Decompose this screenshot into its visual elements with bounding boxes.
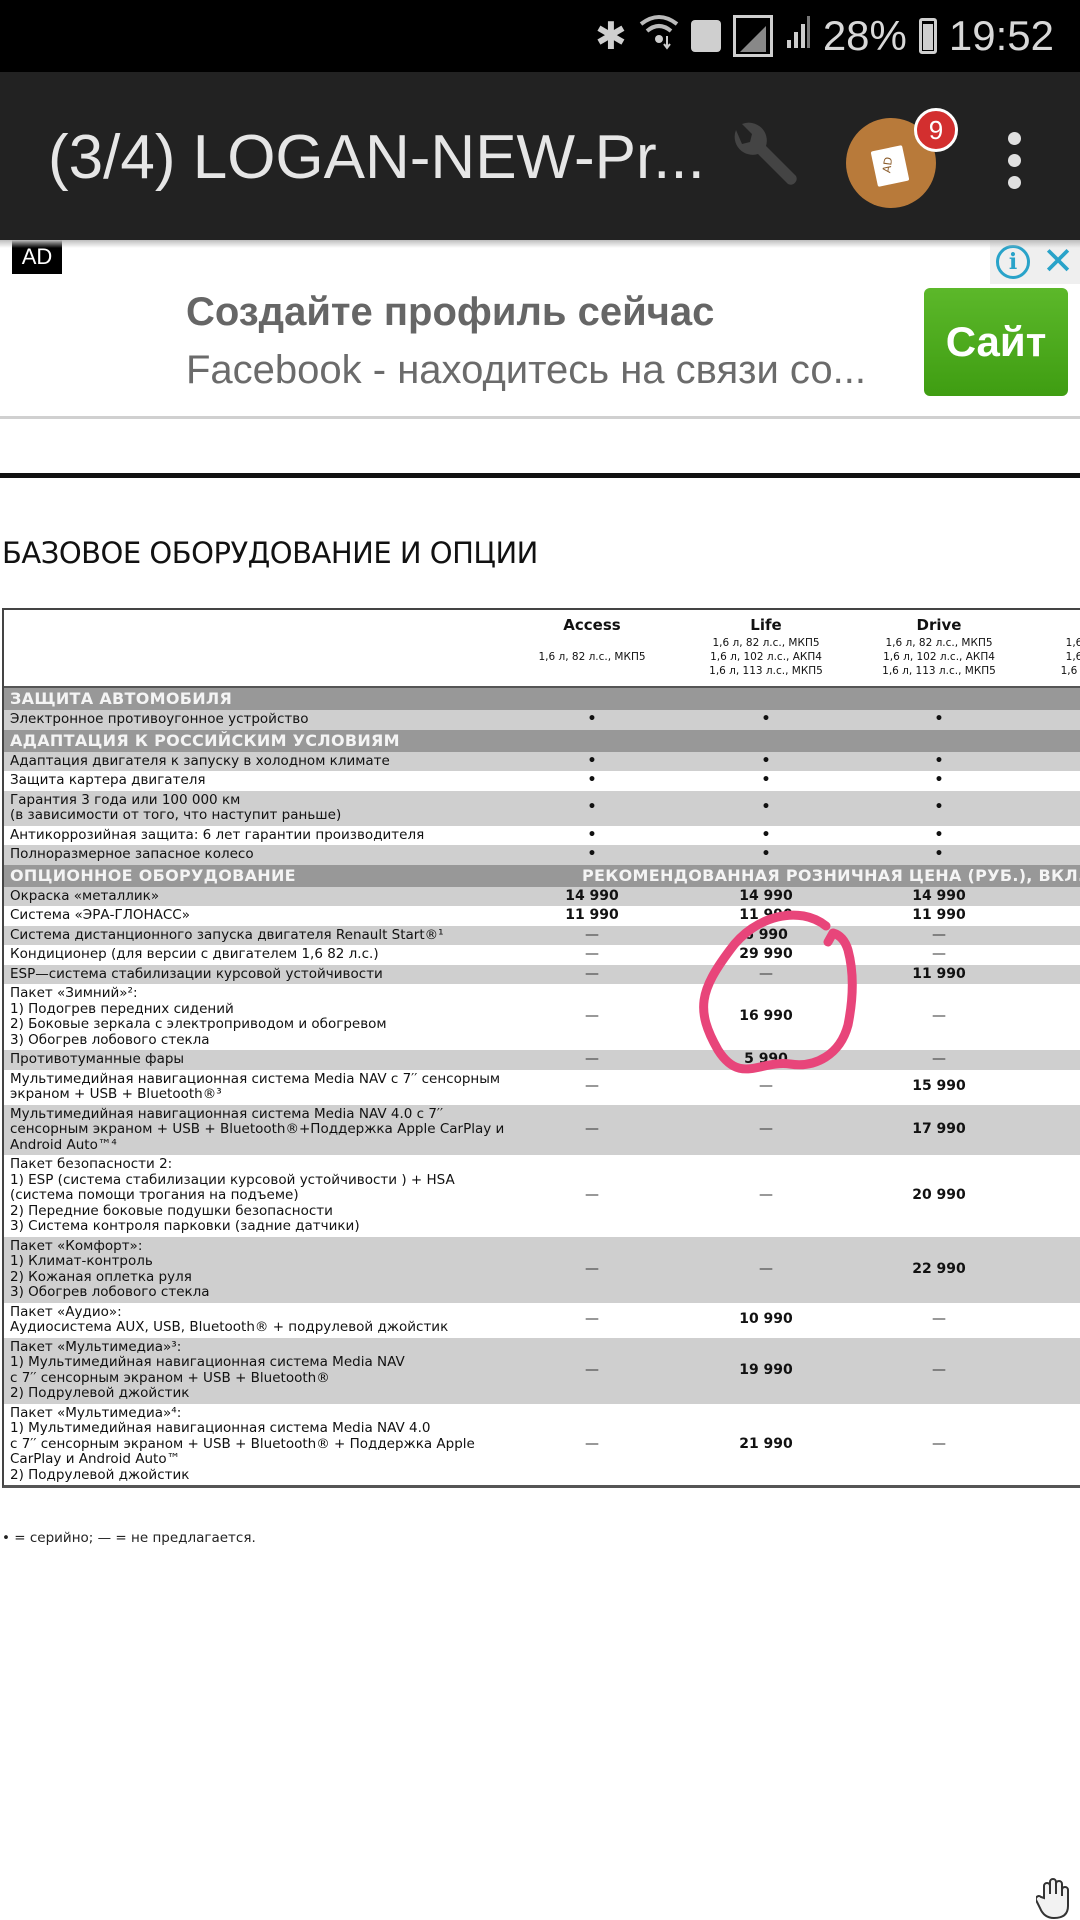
table-row: Антикоррозийная защита: 6 лет гарантии п… (4, 826, 1080, 846)
table-cell: • (588, 828, 597, 844)
table-cell: — (759, 1262, 773, 1278)
row-label: Пакет «Мультимедиа»⁴: 1) Мультимедийная … (4, 1404, 534, 1486)
table-cell: 11 990 (739, 908, 793, 924)
table-cell: • (588, 800, 597, 816)
table-cell: — (932, 1437, 946, 1453)
bluetooth-icon: ✱ (595, 14, 627, 59)
table-cell: 14 990 (739, 889, 793, 905)
table-cell: — (585, 1363, 599, 1379)
table-cell: — (932, 1312, 946, 1328)
table-cell: 11 990 (912, 908, 966, 924)
table-row: Окраска «металлик»14 99014 99014 990 (4, 887, 1080, 907)
gift-icon: AD (871, 145, 910, 187)
table-cell: • (762, 773, 771, 789)
table-cell: — (585, 1262, 599, 1278)
table-cell: • (935, 754, 944, 770)
column-spec: 1,6 л, 82 л.с., МКП5 1,6 л, 102 л.с., АК… (709, 636, 823, 678)
ad-subtext[interactable]: Facebook - находитесь на связи со... (186, 348, 866, 393)
table-row: Пакет «Мультимедиа»³: 1) Мультимедийная … (4, 1338, 1080, 1404)
table-cell: 10 990 (739, 1312, 793, 1328)
section-label: АДАПТАЦИЯ К РОССИЙСКИМ УСЛОВИЯМ (4, 733, 400, 749)
equipment-table: Access1,6 л, 82 л.с., МКП5Life1,6 л, 82 … (2, 608, 1080, 1488)
table-cell: • (588, 712, 597, 728)
row-label: Пакет «Комфорт»: 1) Климат-контроль 2) К… (4, 1237, 534, 1303)
table-row: ESP—система стабилизации курсовой устойч… (4, 965, 1080, 985)
row-label: Пакет «Аудио»: Аудиосистема AUX, USB, Bl… (4, 1303, 534, 1338)
page-heading: БАЗОВОЕ ОБОРУДОВАНИЕ И ОПЦИИ (2, 536, 538, 570)
row-label: Полноразмерное запасное колесо (4, 845, 534, 865)
table-cell: • (762, 828, 771, 844)
table-row: Противотуманные фары—5 990— (4, 1050, 1080, 1070)
legend-footnote: • = серийно; — = не предлагается. (2, 1530, 256, 1546)
row-label: Электронное противоугонное устройство (4, 710, 534, 730)
table-row: Система дистанционного запуска двигателя… (4, 926, 1080, 946)
status-icons: ✱ 28% 19:52 (595, 10, 1054, 62)
table-cell: 15 990 (912, 1079, 966, 1095)
clock: 19:52 (949, 12, 1054, 60)
table-cell: — (932, 1363, 946, 1379)
table-cell: — (585, 947, 599, 963)
column-spec: 1,6 л, 82 л.с., МКП5 1,6 л, 102 л.с., АК… (882, 636, 996, 678)
table-cell: 6 990 (744, 928, 788, 944)
table-cell: • (588, 847, 597, 863)
table-cell: — (585, 967, 599, 983)
ad-site-button[interactable]: Сайт (924, 288, 1068, 396)
battery-icon (919, 18, 937, 54)
table-cell: • (935, 712, 944, 728)
table-cell: 29 990 (739, 947, 793, 963)
table-row: Система «ЭРА-ГЛОНАСС»11 99011 99011 990 (4, 906, 1080, 926)
table-row: Пакет «Мультимедиа»⁴: 1) Мультимедийная … (4, 1404, 1080, 1486)
section-row: ОПЦИОННОЕ ОБОРУДОВАНИЕРЕКОМЕНДОВАННАЯ РО… (4, 865, 1080, 887)
wifi-icon (639, 12, 679, 60)
table-cell: 14 990 (565, 889, 619, 905)
table-cell: — (585, 1122, 599, 1138)
table-cell: • (762, 847, 771, 863)
table-cell: — (585, 1312, 599, 1328)
table-row: Адаптация двигателя к запуску в холодном… (4, 752, 1080, 772)
table-row: Защита картера двигателя••• (4, 771, 1080, 791)
more-options-icon[interactable] (1000, 132, 1028, 192)
table-cell: • (762, 800, 771, 816)
table-cell: • (762, 712, 771, 728)
table-cell: 22 990 (912, 1262, 966, 1278)
table-row: Кондиционер (для версии с двигателем 1,6… (4, 945, 1080, 965)
table-cell: • (935, 828, 944, 844)
table-cell: — (585, 1009, 599, 1025)
table-cell: • (935, 800, 944, 816)
table-cell: 21 990 (739, 1437, 793, 1453)
page-rule (0, 473, 1080, 478)
table-cell: — (932, 1052, 946, 1068)
column-spec: 1,6 л, 82 л.с., МКП5 (538, 650, 645, 664)
signal-icon (785, 12, 811, 60)
table-cell: — (932, 947, 946, 963)
table-cell: — (759, 1188, 773, 1204)
appbar-shadow (0, 240, 1080, 248)
row-label: Система дистанционного запуска двигателя… (4, 926, 534, 946)
column-header: Drive (917, 616, 962, 634)
signal-icon (733, 15, 773, 57)
table-body: ЗАЩИТА АВТОМОБИЛЯЭлектронное противоугон… (4, 688, 1080, 1485)
table-cell: 20 990 (912, 1188, 966, 1204)
price-heading: РЕКОМЕНДОВАННАЯ РОЗНИЧНАЯ ЦЕНА (РУБ.), В… (582, 868, 1080, 884)
table-cell: 5 990 (744, 1052, 788, 1068)
row-label: Противотуманные фары (4, 1050, 534, 1070)
row-label: Кондиционер (для версии с двигателем 1,6… (4, 945, 534, 965)
table-row: Пакет «Комфорт»: 1) Климат-контроль 2) К… (4, 1237, 1080, 1303)
table-cell: • (588, 773, 597, 789)
table-row: Мультимедийная навигационная система Med… (4, 1105, 1080, 1156)
battery-percent: 28% (823, 12, 907, 60)
call-icon (691, 20, 721, 52)
status-bar: ✱ 28% 19:52 (0, 0, 1080, 72)
section-label: ОПЦИОННОЕ ОБОРУДОВАНИЕ (4, 868, 296, 884)
ad-headline[interactable]: Создайте профиль сейчас (186, 290, 714, 335)
table-cell: • (935, 847, 944, 863)
table-cell: — (759, 1079, 773, 1095)
notification-badge: 9 (914, 108, 958, 152)
row-label: Гарантия 3 года или 100 000 км (в зависи… (4, 791, 534, 826)
document-title: (3/4) LOGAN-NEW-Pr... (48, 122, 705, 193)
table-cell: 16 990 (739, 1009, 793, 1025)
section-row: АДАПТАЦИЯ К РОССИЙСКИМ УСЛОВИЯМ (4, 730, 1080, 752)
row-label: Окраска «металлик» (4, 887, 534, 907)
table-cell: 14 990 (912, 889, 966, 905)
row-label: Пакет «Зимний»²: 1) Подогрев передних си… (4, 984, 534, 1050)
ad-banner[interactable]: AD i ✕ Создайте профиль сейчас Facebook … (0, 240, 1080, 418)
table-cell: — (585, 928, 599, 944)
section-label: ЗАЩИТА АВТОМОБИЛЯ (4, 691, 232, 707)
table-cell: 11 990 (565, 908, 619, 924)
column-header: Life (750, 616, 781, 634)
table-cell: 19 990 (739, 1363, 793, 1379)
row-label: Мультимедийная навигационная система Med… (4, 1070, 534, 1105)
table-cell: 17 990 (912, 1122, 966, 1138)
table-row: Пакет «Аудио»: Аудиосистема AUX, USB, Bl… (4, 1303, 1080, 1338)
table-cell: — (932, 1009, 946, 1025)
row-label: Система «ЭРА-ГЛОНАСС» (4, 906, 534, 926)
table-cell: — (585, 1079, 599, 1095)
table-header: Access1,6 л, 82 л.с., МКП5Life1,6 л, 82 … (4, 610, 1080, 688)
info-icon[interactable]: i (996, 245, 1030, 279)
table-cell: • (762, 754, 771, 770)
table-cell: — (585, 1188, 599, 1204)
column-header: Access (563, 616, 620, 634)
table-row: Гарантия 3 года или 100 000 км (в зависи… (4, 791, 1080, 826)
table-cell: — (932, 928, 946, 944)
row-label: Адаптация двигателя к запуску в холодном… (4, 752, 534, 772)
table-row: Полноразмерное запасное колесо••• (4, 845, 1080, 865)
wrench-icon[interactable] (722, 120, 802, 200)
row-label: Защита картера двигателя (4, 771, 534, 791)
table-row: Пакет безопасности 2: 1) ESP (система ст… (4, 1155, 1080, 1237)
app-bar: (3/4) LOGAN-NEW-Pr... AD 9 (0, 72, 1080, 240)
hand-cursor-icon (1036, 1876, 1076, 1920)
ad-divider (0, 416, 1080, 419)
row-label: Мультимедийная навигационная система Med… (4, 1105, 534, 1156)
table-cell: • (588, 754, 597, 770)
table-cell: — (759, 1122, 773, 1138)
row-label: Пакет безопасности 2: 1) ESP (система ст… (4, 1155, 534, 1237)
table-row: Мультимедийная навигационная система Med… (4, 1070, 1080, 1105)
table-cell: — (759, 967, 773, 983)
table-cell: 11 990 (912, 967, 966, 983)
section-row: ЗАЩИТА АВТОМОБИЛЯ (4, 688, 1080, 710)
table-row: Пакет «Зимний»²: 1) Подогрев передних си… (4, 984, 1080, 1050)
table-cell: — (585, 1052, 599, 1068)
table-row: Электронное противоугонное устройство••• (4, 710, 1080, 730)
row-label: ESP—система стабилизации курсовой устойч… (4, 965, 534, 985)
column-spec: 1,6 1,6 1,6 л (1061, 636, 1080, 678)
table-cell: • (935, 773, 944, 789)
row-label: Антикоррозийная защита: 6 лет гарантии п… (4, 826, 534, 846)
row-label: Пакет «Мультимедиа»³: 1) Мультимедийная … (4, 1338, 534, 1404)
table-cell: — (585, 1437, 599, 1453)
